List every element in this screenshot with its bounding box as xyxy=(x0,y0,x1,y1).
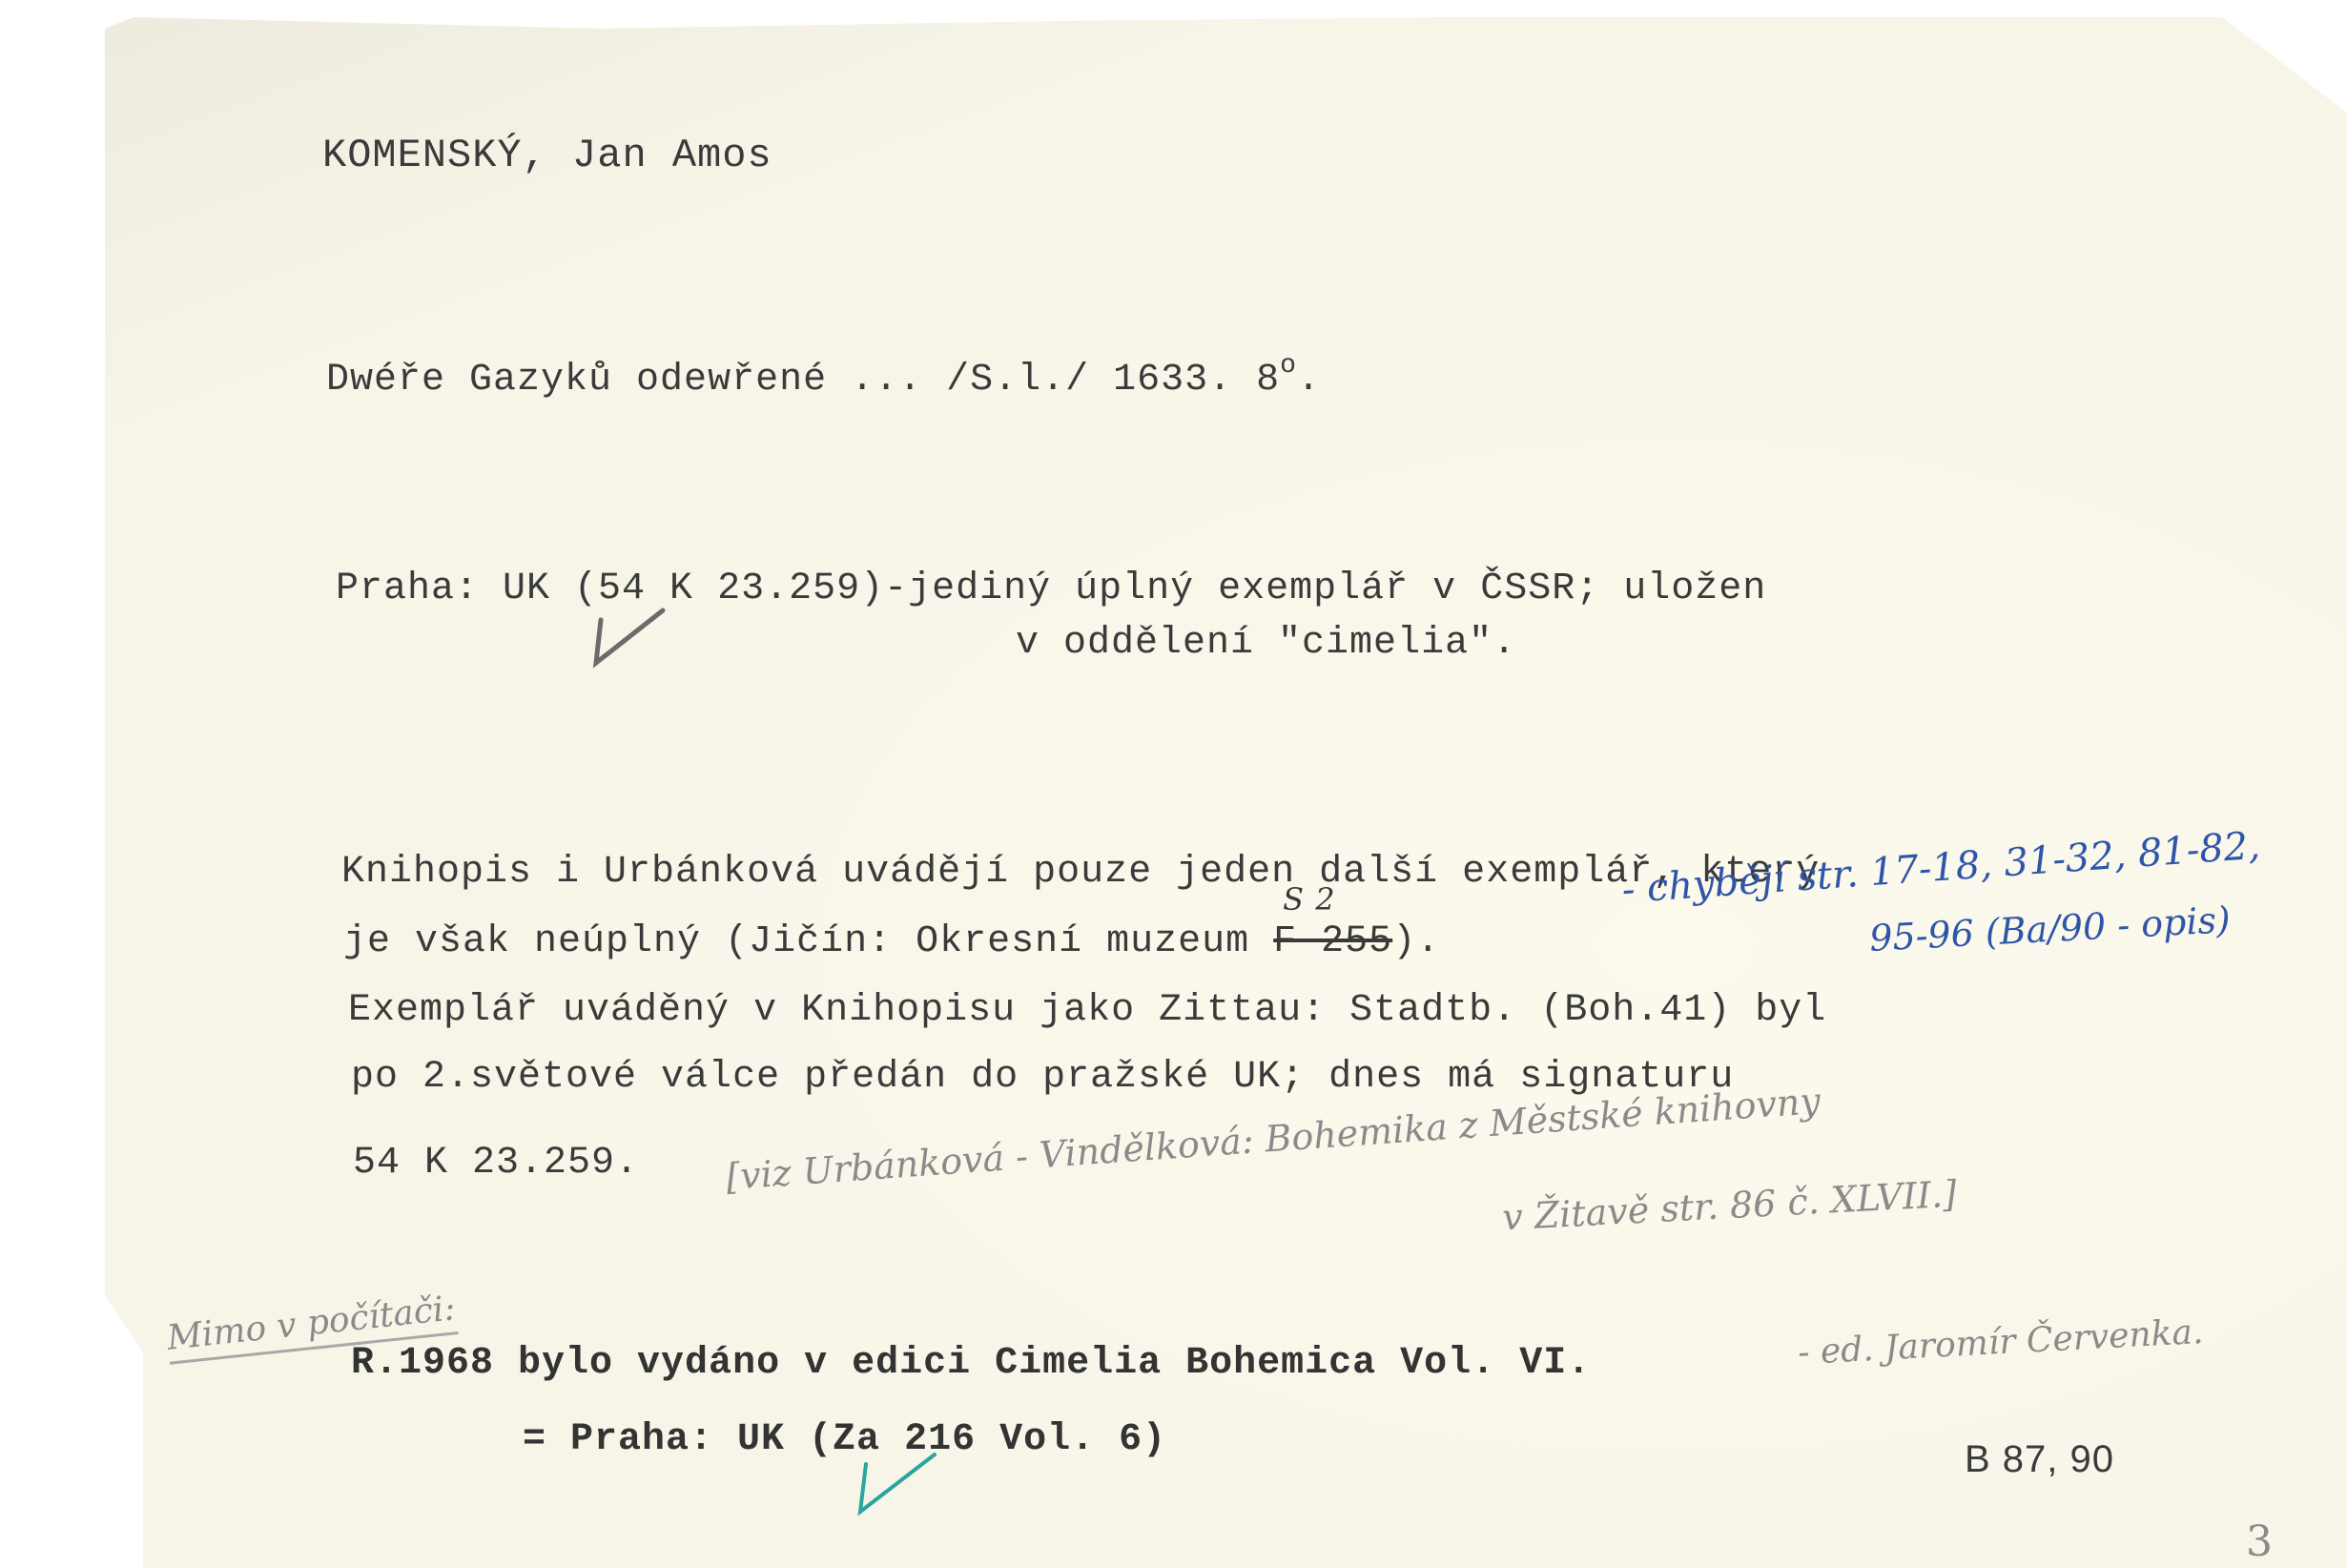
note-line-3: Exemplář uváděný v Knihopisu jako Zittau… xyxy=(348,992,1826,1030)
location-line-1: Praha: UK (54 K 23.259)-jediný úplný exe… xyxy=(336,570,1766,609)
title-line: Dwéře Gazyků odewřené ... /S.l./ 1633. 8… xyxy=(326,353,1321,400)
title-text: Dwéře Gazyků odewřené ... /S.l./ 1633. 8 xyxy=(326,359,1280,402)
note-line-1: Knihopis i Urbánková uvádějí pouze jeden… xyxy=(341,854,1820,892)
author-heading: KOMENSKÝ, Jan Amos xyxy=(322,135,772,175)
note-line-2-prefix: je však neúplný (Jičín: Okresní muzeum xyxy=(343,920,1273,963)
struck-shelfmark: F 255S 2 xyxy=(1273,920,1392,963)
title-trailing: . xyxy=(1297,359,1321,402)
location-line-2: v oddělení "cimelia". xyxy=(1016,625,1516,663)
page-number: 3 xyxy=(2246,1521,2273,1563)
reference-code: B 87, 90 xyxy=(1965,1440,2114,1478)
note-line-2: je však neúplný (Jičín: Okresní muzeum F… xyxy=(343,923,1440,961)
edition-line-2: = Praha: UK (Za 216 Vol. 6) xyxy=(523,1421,1166,1459)
note-line-4: po 2.světové válce předán do pražské UK;… xyxy=(351,1059,1734,1097)
note-line-2-suffix: ). xyxy=(1392,920,1440,963)
edition-line-1: R.1968 bylo vydáno v edici Cimelia Bohem… xyxy=(351,1345,1591,1383)
note-line-5: 54 K 23.259. xyxy=(353,1145,639,1183)
shelfmark-correction: S 2 xyxy=(1283,884,1335,915)
format-superscript: o xyxy=(1280,351,1297,381)
